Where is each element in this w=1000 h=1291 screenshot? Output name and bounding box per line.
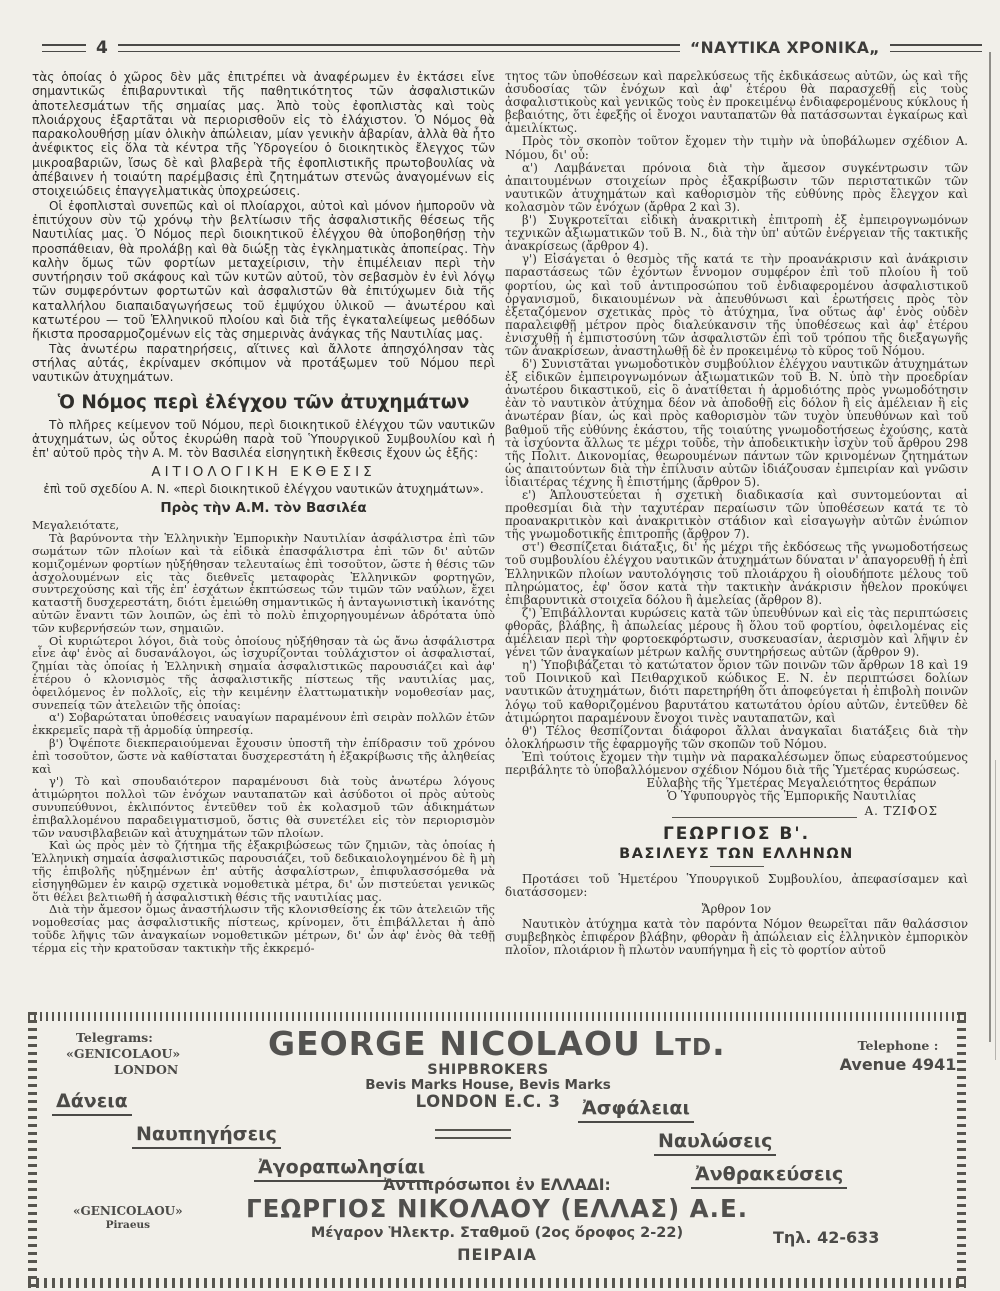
telegrams-label: Telegrams: [76,1030,180,1046]
page-edge-line-2 [995,760,996,1060]
report-paragraph: Οἱ κυριώτεροι λόγοι, διὰ τοὺς ὁποίους ηὐ… [32,635,495,712]
piraeus-telegram-name: «GENICOLAOU» [73,1204,183,1218]
company-address-line1: Bevis Marks House, Bevis Marks [268,1078,708,1093]
greek-telephone: Τηλ. 42-633 [773,1228,879,1247]
explanatory-report-heading: ΑΙΤΙΟΛΟΓΙΚΗ ΕΚΘΕΣΙΣ [32,464,495,480]
king-title-heading: ΒΑΣΙΛΕΥΣ ΤΩΝ ΕΛΛΗΝΩΝ [505,846,968,862]
report-item-beta: β') Ὀψέποτε διεκπεραιούμεναι ἔχουσιν ὑπο… [32,737,495,775]
service-loans: Δάνεια [52,1090,132,1116]
page-number: 4 [96,38,108,58]
masthead-rule-left [42,44,86,52]
law-item-eta: η') Ὑποβιβάζεται τὸ κατώτατον ὅριον τῶν … [505,659,968,724]
company-type: SHIPBROKERS [268,1062,708,1078]
agents-line: Ἀντιπρόσωποι ἐν ΕΛΛΑΔΙ: [28,1176,966,1194]
journal-title: “ΝΑΥΤΙΚΑ ΧΡΟΝΙΚΑ„ [690,39,880,57]
signature-rule [672,807,857,818]
law-intro-paragraph: Τὸ πλῆρες κείμενον τοῦ Νόμου, περὶ διοικ… [32,418,495,461]
report-subheading: ἐπὶ τοῦ σχεδίου Α. Ν. «περὶ διοικητικοῦ … [32,482,495,496]
law-item-epsilon: ε') Ἁπλουστεύεται ἡ σχετικὴ διαδικασία κ… [505,489,968,541]
service-chartering: Ναυλώσεις [654,1130,776,1156]
decree-paragraph: Προτάσει τοῦ Ἡμετέρου Ὑπουργικοῦ Συμβουλ… [505,873,968,899]
decorative-rule [710,866,764,867]
ad-border-top [28,1012,966,1021]
address-to-king-heading: Πρὸς τὴν Α.Μ. τὸν Βασιλέα [32,500,495,516]
magazine-page: 4 “ΝΑΥΤΙΚΑ ΧΡΟΝΙΚΑ„ τὰς ὁποίας ὁ χῶρος δ… [0,0,1000,1291]
law-item-theta: θ') Τέλος θεσπίζονται διάφοροι ἄλλαι ἀνα… [505,725,968,751]
telegrams-city: LONDON [114,1062,180,1078]
service-insurance: Ἀσφάλειαι [578,1097,694,1123]
ad-border-bottom [28,1278,966,1288]
law-section-heading: Ὁ Νόμος περὶ ἐλέγχου τῶν ἀτυχημάτων [32,392,495,413]
report-paragraph: Πρὸς τὸν σκοπὸν τοῦτον ἔχομεν τὴν τιμὴν … [505,135,968,161]
valediction-line: Ὁ Ὑφυπουργὸς τῆς Ἐμπορικῆς Ναυτιλίας [505,790,968,803]
service-shipbuilding: Ναυπηγήσεις [132,1123,281,1149]
king-name-heading: ΓΕΩΡΓΙΟΣ Β'. [505,824,968,844]
law-item-gamma: γ') Εἰσάγεται ὁ θεσμὸς τῆς κατά τε τὴν π… [505,253,968,358]
intro-paragraph: Τὰς ἀνωτέρω παρατηρήσεις, αἵτινες καὶ ἄλ… [32,342,495,385]
telephone-block: Telephone : Avenue 4941 [818,1038,978,1074]
company-name: GEORGE NICOLAOU Ltd. [268,1026,708,1062]
law-item-zeta: ζ') Ἐπιβάλλονται κυρώσεις κατὰ τῶν ὑπευθ… [505,607,968,659]
masthead: 4 “ΝΑΥΤΙΚΑ ΧΡΟΝΙΚΑ„ [42,36,982,60]
signature-name: Α. ΤΖΙΦΟΣ [865,805,938,818]
article-1-paragraph: Ναυτικὸν ἀτύχημα κατὰ τὸν παρόντα Νόμον … [505,918,968,957]
masthead-rule-center [118,44,680,52]
right-column: τητος τῶν ὑποθέσεων καὶ παρελκύσεως τῆς … [505,70,968,1012]
law-item-alpha: α') Λαμβάνεται πρόνοια διὰ τὴν ἄμεσον συ… [505,162,968,214]
article-body: τὰς ὁποίας ὁ χῶρος δὲν μᾶς ἐπιτρέπει νὰ … [32,70,968,1012]
law-item-stigma: στ') Θεσπίζεται διάταξις, δι' ἧς μέχρι τ… [505,541,968,606]
report-item-gamma: γ') Τὸ καὶ σπουδαιότερον παραμένουσι διὰ… [32,775,495,839]
report-paragraph: τητος τῶν ὑποθέσεων καὶ παρελκύσεως τῆς … [505,70,968,135]
law-item-beta: β') Συγκροτεῖται εἰδικὴ ἀνακριτικὴ ἐπιτρ… [505,214,968,253]
telephone-number: Avenue 4941 [818,1055,978,1074]
shipbroker-advertisement: Telegrams: «GENICOLAOU» LONDON GEORGE NI… [28,1012,966,1288]
masthead-rule-right [890,44,982,52]
page-edge-line [989,52,991,1042]
report-paragraph: Διὰ τὴν ἄμεσον ὅμως ἀναστήλωσιν τῆς κλον… [32,903,495,954]
intro-paragraph: τὰς ὁποίας ὁ χῶρος δὲν μᾶς ἐπιτρέπει νὰ … [32,70,495,199]
greek-company-city: ΠΕΙΡΑΙΑ [28,1245,966,1264]
telegrams-block: Telegrams: «GENICOLAOU» LONDON [76,1030,180,1078]
left-column: τὰς ὁποίας ὁ χῶρος δὲν μᾶς ἐπιτρέπει νὰ … [32,70,495,1012]
report-paragraph: Τὰ βαρύνοντα τὴν Ἑλληνικὴν Ἐμπορικὴν Ναυ… [32,532,495,634]
report-item-alpha: α') Σοβαρώταται ὑποθέσεις ναυαγίων παραμ… [32,711,495,737]
article-1-heading: Ἄρθρον 1ον [505,903,968,916]
intro-paragraph: Οἱ ἐφοπλισταὶ συνεπῶς καὶ οἱ πλοίαρχοι, … [32,199,495,342]
closing-paragraph: Ἐπὶ τούτοις ἔχομεν τὴν τιμὴν νὰ παρακαλέ… [505,751,968,777]
signature-row: Α. ΤΖΙΦΟΣ [505,805,938,818]
report-paragraph: Καὶ ὡς πρὸς μὲν τὸ ζήτημα τῆς ἐξακριβώσε… [32,839,495,903]
telegrams-name: «GENICOLAOU» [66,1046,180,1062]
double-line-divider [435,1129,511,1139]
telephone-label: Telephone : [818,1038,978,1053]
law-item-delta: δ') Συνιστᾶται γνωμοδοτικὸν συμβούλιον ἐ… [505,358,968,489]
